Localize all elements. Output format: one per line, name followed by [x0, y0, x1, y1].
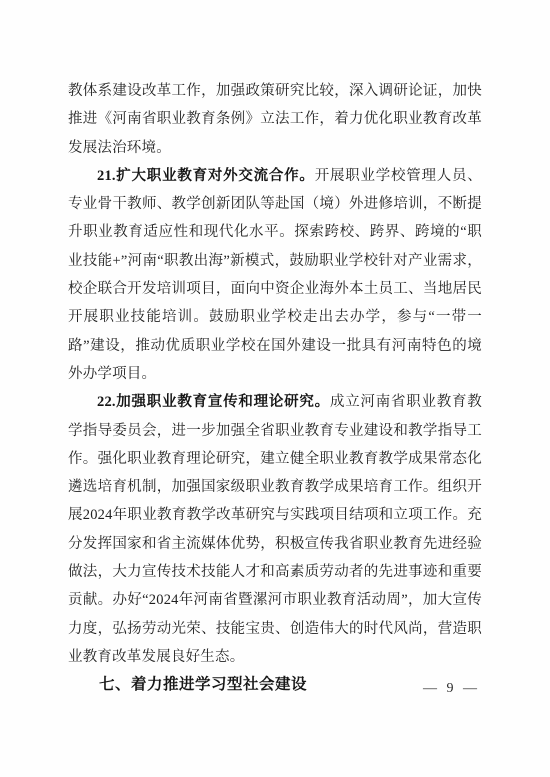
paragraph-continuation: 教体系建设改革工作，加强政策研究比较，深入调研论证，加快推进《河南省职业教育条例…	[68, 77, 482, 162]
paragraph-text: 成立河南省职业教育教学指导委员会，进一步加强全省职业教育专业建设和教学指导工作。…	[68, 394, 482, 665]
paragraph-text: 教体系建设改革工作，加强政策研究比较，深入调研论证，加快推进《河南省职业教育条例…	[68, 83, 482, 156]
paragraph-item-21: 21.扩大职业教育对外交流合作。开展职业学校管理人员、专业骨干教师、教学创新团队…	[68, 162, 482, 388]
paragraph-text: 开展职业学校管理人员、专业骨干教师、教学创新团队等赴国（境）外进修培训，不断提升…	[68, 168, 482, 382]
document-page: 教体系建设改革工作，加强政策研究比较，深入调研论证，加快推进《河南省职业教育条例…	[0, 0, 550, 777]
paragraph-lead: 21.扩大职业教育对外交流合作。	[97, 168, 315, 184]
paragraph-item-22: 22.加强职业教育宣传和理论研究。成立河南省职业教育教学指导委员会，进一步加强全…	[68, 388, 482, 671]
document-body: 教体系建设改革工作，加强政策研究比较，深入调研论证，加快推进《河南省职业教育条例…	[68, 77, 482, 700]
paragraph-lead: 22.加强职业教育宣传和理论研究。	[97, 394, 330, 410]
page-number: — 9 —	[423, 681, 480, 697]
section-heading: 七、着力推进学习型社会建设	[68, 671, 482, 699]
